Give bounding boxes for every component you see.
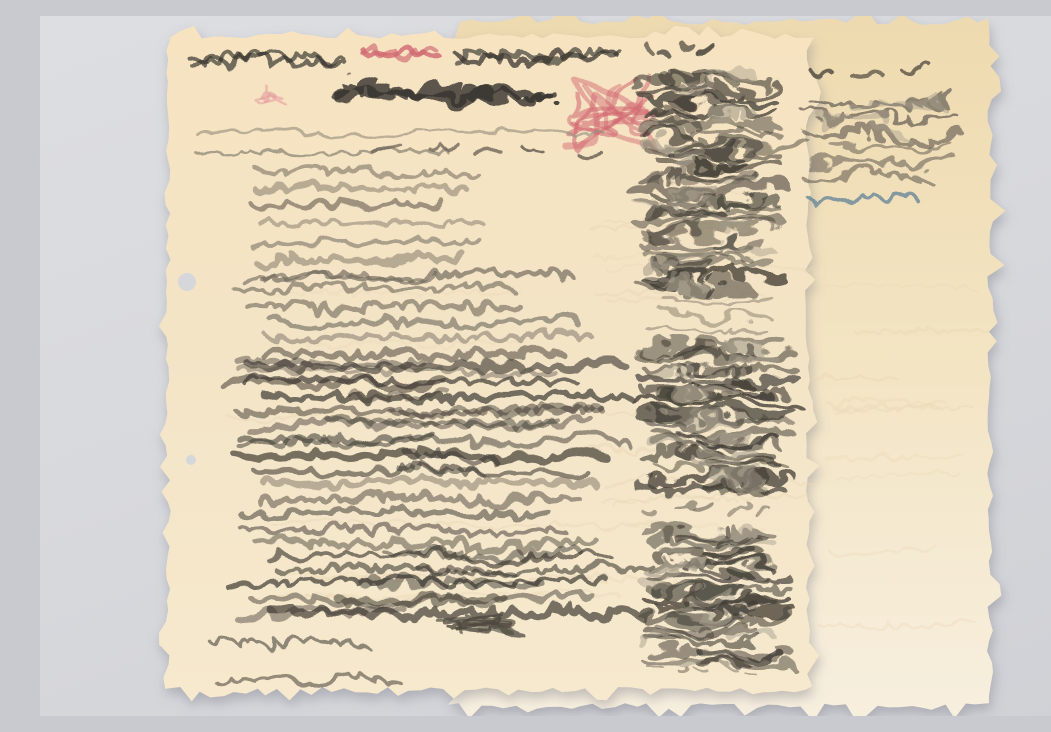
ink-stroke (656, 369, 683, 373)
ink-stroke (661, 549, 689, 553)
ink-stroke (720, 669, 729, 671)
ink-stroke (703, 617, 723, 620)
ink-stroke (726, 357, 777, 361)
ink-stroke (687, 418, 727, 422)
ink-stroke (672, 189, 712, 193)
ink-stroke (712, 111, 762, 115)
ink-stroke (673, 252, 700, 257)
ink-stroke (730, 630, 779, 635)
document-photo-canvas (40, 16, 1051, 716)
ink-stroke (681, 95, 701, 100)
paper-chip-left-edge (178, 273, 196, 291)
ink-stroke (728, 348, 766, 352)
ink-stroke (740, 674, 750, 675)
ink-stroke (678, 395, 692, 399)
ink-stroke (646, 510, 657, 512)
ink-stroke (643, 634, 680, 641)
ink-stroke (690, 378, 717, 382)
ink-stroke (648, 132, 690, 136)
headline-period (557, 106, 565, 114)
ink-stroke (662, 283, 702, 287)
ink-stroke (671, 663, 696, 668)
ink-stroke (647, 142, 678, 147)
ink-stroke (710, 651, 742, 656)
ink-stroke (644, 263, 679, 267)
ink-stroke (679, 165, 692, 170)
ink-stroke (643, 126, 653, 128)
ink-stroke (718, 228, 742, 234)
ink-stroke (731, 243, 780, 249)
paper-chip-left-edge-small (186, 455, 196, 465)
ink-stroke (682, 155, 702, 158)
document-photograph: Aged historical document with two overla… (40, 16, 1051, 716)
ink-stroke (683, 85, 712, 91)
ink-stroke (714, 221, 728, 225)
ink-stroke (636, 205, 676, 210)
ink-stroke (648, 670, 661, 672)
ink-stroke (651, 441, 681, 445)
ink-stroke (718, 118, 732, 119)
ink-stroke (711, 74, 751, 79)
ink-stroke (662, 563, 706, 567)
